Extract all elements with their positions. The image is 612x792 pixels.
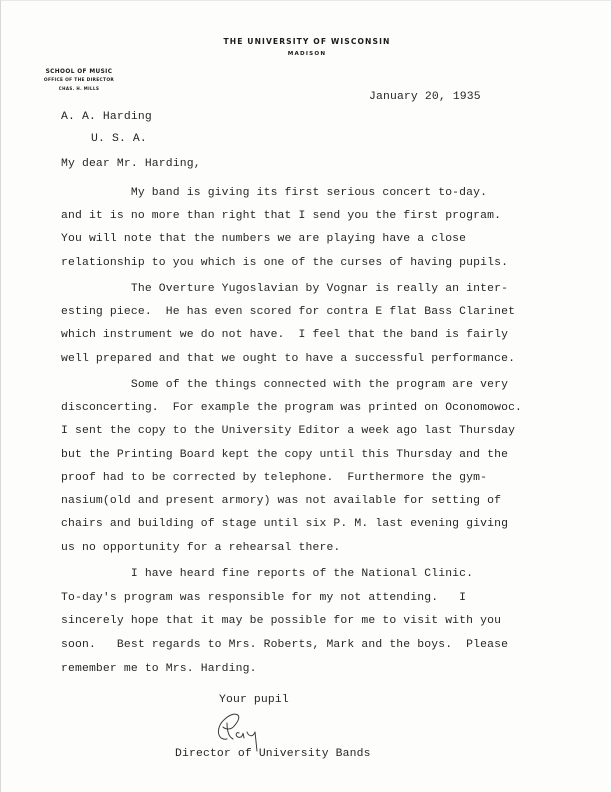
recipient-country: U. S. A. bbox=[91, 133, 147, 145]
letter-date: January 20, 1935 bbox=[369, 91, 481, 103]
body-line: The Overture Yugoslavian by Vognar is re… bbox=[61, 283, 508, 295]
letterhead-institution: THE UNIVERSITY OF WISCONSIN bbox=[1, 37, 612, 46]
body-line: proof had to be corrected by telephone. … bbox=[61, 472, 487, 484]
letterhead-city: MADISON bbox=[1, 51, 612, 57]
letter-page: THE UNIVERSITY OF WISCONSIN MADISON SCHO… bbox=[0, 0, 612, 792]
body-line: sincerely hope that it may be possible f… bbox=[61, 615, 501, 627]
body-line: I sent the copy to the University Editor… bbox=[61, 425, 515, 437]
recipient-name: A. A. Harding bbox=[61, 111, 152, 123]
body-line: us no opportunity for a rehearsal there. bbox=[61, 542, 340, 554]
body-line: soon. Best regards to Mrs. Roberts, Mark… bbox=[61, 639, 508, 651]
body-line: relationship to you which is one of the … bbox=[61, 257, 508, 269]
salutation: My dear Mr. Harding, bbox=[61, 158, 201, 170]
letterhead-department-block: SCHOOL OF MUSIC OFFICE OF THE DIRECTOR C… bbox=[29, 68, 129, 92]
body-line: You will note that the numbers we are pl… bbox=[61, 233, 466, 245]
body-line: I have heard fine reports of the Nationa… bbox=[61, 568, 473, 580]
body-line: Some of the things connected with the pr… bbox=[61, 379, 508, 391]
body-line: My band is giving its first serious conc… bbox=[61, 187, 487, 199]
body-line: but the Printing Board kept the copy unt… bbox=[61, 449, 508, 461]
body-line: esting piece. He has even scored for con… bbox=[61, 306, 515, 318]
body-line: remember me to Mrs. Harding. bbox=[61, 663, 257, 675]
body-line: To-day's program was responsible for my … bbox=[61, 592, 466, 604]
body-line: nasium(old and present armory) was not a… bbox=[61, 495, 501, 507]
signer-title: Director of University Bands bbox=[175, 748, 371, 760]
body-line: disconcerting. For example the program w… bbox=[61, 402, 522, 414]
letterhead-department: SCHOOL OF MUSIC bbox=[29, 68, 129, 77]
letterhead-office: OFFICE OF THE DIRECTOR bbox=[29, 77, 129, 85]
letterhead-director: CHAS. H. MILLS bbox=[29, 85, 129, 92]
body-line: well prepared and that we ought to have … bbox=[61, 353, 515, 365]
body-line: chairs and building of stage until six P… bbox=[61, 518, 508, 530]
handwritten-signature: Ray bbox=[211, 705, 281, 753]
body-line: which instrument we do not have. I feel … bbox=[61, 329, 508, 341]
body-line: and it is no more than right that I send… bbox=[61, 210, 501, 222]
